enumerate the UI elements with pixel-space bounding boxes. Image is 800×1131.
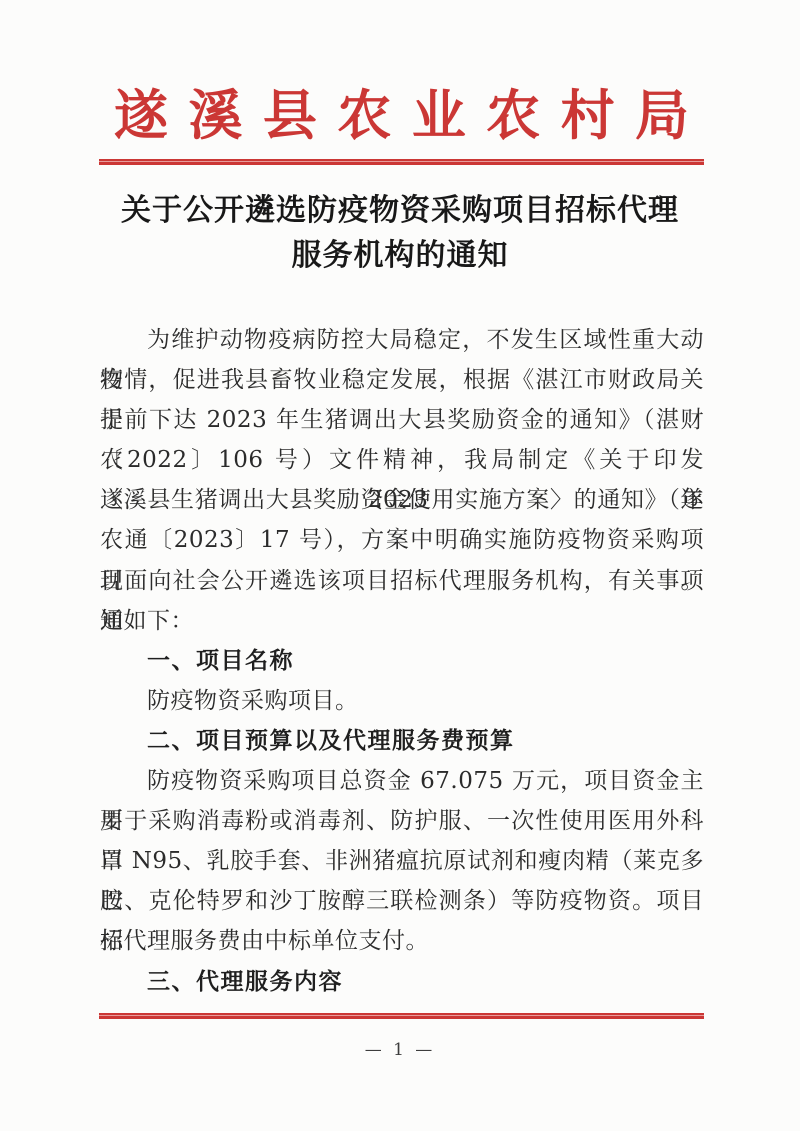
- body-line: 防疫物资采购项目。: [100, 681, 704, 721]
- section-heading-2: 二、项目预算以及代理服务费预算: [100, 721, 704, 761]
- body-line: 用于采购消毒粉或消毒剂、防护服、一次性使用医用外科口: [100, 801, 704, 841]
- agency-letterhead: 遂溪县农业农村局: [100, 82, 704, 148]
- document-title-line-1: 关于公开遴选防疫物资采购项目招标代理: [60, 188, 740, 233]
- section-heading-3: 三、代理服务内容: [100, 962, 704, 1002]
- body-line: 标代理服务费由中标单位支付。: [100, 921, 704, 961]
- section-heading-1: 一、项目名称: [100, 641, 704, 681]
- body-line: 防疫物资采购项目总资金 67.075 万元，项目资金主要: [100, 761, 704, 801]
- body-line: 知如下：: [100, 601, 704, 641]
- document-page: 遂溪县农业农村局 关于公开遴选防疫物资采购项目招标代理 服务机构的通知 为维护动…: [0, 0, 800, 1131]
- body-line: 〔2022〕106 号）文件精神，我局制定《关于印发〈2023 年: [100, 440, 704, 480]
- body-line: 遂溪县生猪调出大县奖励资金使用实施方案〉的通知》（遂: [100, 480, 704, 520]
- body-line: 疫情，促进我县畜牧业稳定发展，根据《湛江市财政局关于: [100, 360, 704, 400]
- document-title: 关于公开遴选防疫物资采购项目招标代理 服务机构的通知: [60, 188, 740, 278]
- page-number: — 1 —: [0, 1040, 800, 1060]
- document-body: 为维护动物疫病防控大局稳定，不发生区域性重大动物 疫情，促进我县畜牧业稳定发展，…: [100, 320, 704, 1002]
- body-line: 胺、克伦特罗和沙丁胺醇三联检测条）等防疫物资。项目招: [100, 881, 704, 921]
- body-line: 为维护动物疫病防控大局稳定，不发生区域性重大动物: [100, 320, 704, 360]
- body-line: 提前下达 2023 年生猪调出大县奖励资金的通知》（湛财农: [100, 400, 704, 440]
- document-title-line-2: 服务机构的通知: [60, 233, 740, 278]
- body-line: 罩 N95、乳胶手套、非洲猪瘟抗原试剂和瘦肉精（莱克多巴: [100, 841, 704, 881]
- footer-divider: [99, 1013, 704, 1019]
- body-line: 农通〔2023〕17 号），方案中明确实施防疫物资采购项目。: [100, 520, 704, 560]
- body-line: 现面向社会公开遴选该项目招标代理服务机构，有关事项通: [100, 561, 704, 601]
- letterhead-divider: [99, 159, 704, 165]
